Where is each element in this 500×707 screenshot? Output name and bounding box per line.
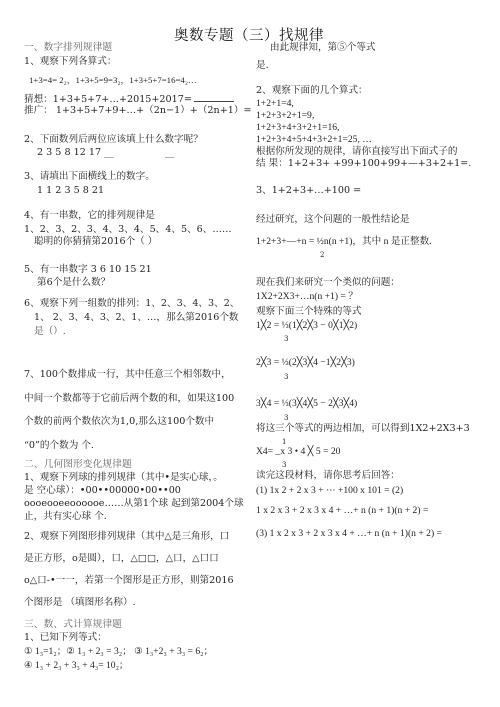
question-2-sequence: 2 3 5 8 12 17 __	[37, 147, 114, 159]
section-heading-calculation: 三、数、式计算规律题	[24, 619, 122, 631]
question-1-guess-text: 猜想：1+3+5+7+…+2015+2017=	[24, 94, 192, 105]
problem-3-denominator: 2	[320, 249, 324, 261]
geometry-2-line-3: o△口-•一一，若第一个图形是正方形，则第2016	[24, 575, 234, 587]
calc-1-heading: 1、已知下列等式：	[24, 632, 107, 644]
question-6-line-1: 6、观察下列一组数的排列：1、2、3、4、3、2、	[24, 298, 239, 310]
observe-heading: 观察下面三个特殊的等式	[256, 306, 362, 318]
geometry-1-line-1: 1、观察下列球的排列规律（其中•是实心球，。	[24, 472, 223, 484]
question-5-heading: 5、有一串数字 3 6 10 15 21	[24, 264, 152, 276]
problem-3-conclusion: 经过研究，这个问题的一般性结论是	[256, 214, 410, 226]
similar-problem-equation: 1X2+2X3+…n(n +1) = ？	[256, 291, 358, 303]
question-1-general: 推广： 1+3+5+7+9+…+（2n−1）+（2n+1）=	[24, 105, 251, 117]
question-3-heading: 3、请填出下面横线上的数字。	[24, 171, 155, 183]
problem-3-formula: 1+2+3+—+n = ½n(n +1)，其中 n 是正整数.	[256, 236, 432, 248]
observe-eq-3: 3╳4 = ⅓(3╳4╳5 − 2╳3╳4)	[256, 398, 357, 410]
question-7-line-1: 7、100个数排成一行，其中任意三个相邻数中，	[24, 369, 231, 381]
answer-2: 1 x 2 x 3 + 2 x 3 x 4 + …+ n (n + 1)(n +…	[256, 505, 428, 517]
question-2-heading: 2、下面数列后两位应该填上什么数字呢？	[24, 134, 203, 146]
observe-eq-1-denominator: 3	[284, 333, 288, 345]
problem-2-heading: 2、观察下面的几个算式：	[256, 85, 368, 97]
observe-eq-1: 1╳2 = ⅓(1╳2╳3 − 0╳1╳2)	[256, 320, 357, 332]
answer-3: (3) 1 x 2 x 3 + 2 x 3 x 4 + …+ n (n + 1)…	[256, 528, 442, 540]
question-3-sequence: 1 1 2 3 5 8 21	[37, 185, 104, 197]
question-6-line-3: 是（）.	[34, 326, 66, 338]
answer-1: (1) 1x 2 + 2 x 3 + ··· +100 x 101 = (2)	[256, 485, 403, 497]
similar-problem-heading: 现在我们来研究一个类似的问题：	[256, 277, 400, 289]
problem-2-eq-3: 1+2+3+4+3+2+1=16,	[256, 122, 339, 134]
calc-1-line-1: ① 1₃=1₂；② 1₃ + 2₃ = 3₂； ③ 1₃+2₃ + 3₃ = 6…	[24, 646, 213, 658]
question-6-line-2: 1、 2、3、4、3、2、1、…，那么第2016个数	[34, 312, 239, 324]
sum-equation: X4= _x 3 • 4 ╳ 5 = 20	[256, 446, 340, 458]
problem-2-eq-2: 1+2+3+2+1=9,	[256, 110, 314, 122]
section-heading-geometry: 二、几何图形变化规律题	[24, 459, 132, 471]
question-2-blank-2: __	[165, 147, 175, 159]
question-4-sequence: 1、2、3、2、3、4、3、4、5、4、5、6、……	[24, 224, 232, 236]
question-7-line-3: 个数的前两个数依次为1,0,那么这100个数中	[24, 416, 214, 428]
sum-line: 将这三个等式的两边相加，可以得到1X2+2X3+3	[256, 423, 470, 435]
observe-eq-2: 2╳3 = ⅓(2╳3╳4 −1╳2╳3)	[256, 357, 355, 369]
problem-2-eq-4: 1+2+3+4+5+4+3+2+1=25, …	[256, 134, 372, 146]
geometry-2-line-1: 2、观察下列图形排列规律（其中△是三角形，口	[24, 531, 229, 543]
question-5-ask: 第6个是什么数？	[37, 277, 110, 289]
question-1-equations: 1+3=4= 2₂，1+3+5=9=3₂，1+3+5+7=16=4₂…	[29, 74, 197, 86]
calc-1-line-2: ④ 1₃ + 2₃ + 3₃ + 4₃= 10₂；	[24, 660, 129, 672]
rule-continuation: 由此规律知，第⑤个等式	[270, 42, 376, 54]
question-4-heading: 4、有一串数，它的排列规律是	[24, 210, 155, 222]
geometry-2-line-4: 个图形是 （填图形名称）.	[24, 597, 136, 609]
geometry-2-line-2: 是正方形，o是圆），口，△□□，△口，△口口	[24, 553, 219, 565]
problem-2-ask-2: 结 果：1+2+3+ +99+100+99+—+3+2+1=.	[256, 158, 471, 170]
problem-2-eq-1: 1+2+1=4,	[256, 98, 294, 110]
rule-continuation-end: 是.	[256, 60, 269, 72]
observe-eq-2-denominator: 3	[284, 371, 288, 383]
section-heading-number-patterns: 一、数字排列规律题	[24, 42, 112, 54]
problem-2-ask-1: 根据你所发现的规律，请你直接写出下面式子的	[256, 146, 457, 158]
geometry-1-line-4: 止，共有实心球 个.	[24, 511, 107, 523]
answer-blank[interactable]	[194, 93, 234, 102]
question-7-line-2: 中间一个数都等于它前后两个数的和，如果这100	[24, 393, 234, 405]
question-1-heading: 1、观察下列各算式：	[24, 56, 116, 68]
problem-3-heading: 3、1+2+3+…+100 =	[256, 185, 361, 197]
geometry-1-line-3: oooeooeeoooooe……从第1个球 起到第2004个球	[24, 498, 244, 510]
question-4-ask: 聪明的你猜猜第2016个（ ）	[34, 236, 157, 248]
reading-heading: 读完这段材料，请你思考后回答：	[256, 470, 400, 482]
question-7-line-4: “0”的个数为 个.	[24, 440, 94, 452]
geometry-1-line-2: 是 空心球）：•00••00000•00••00	[24, 485, 181, 497]
